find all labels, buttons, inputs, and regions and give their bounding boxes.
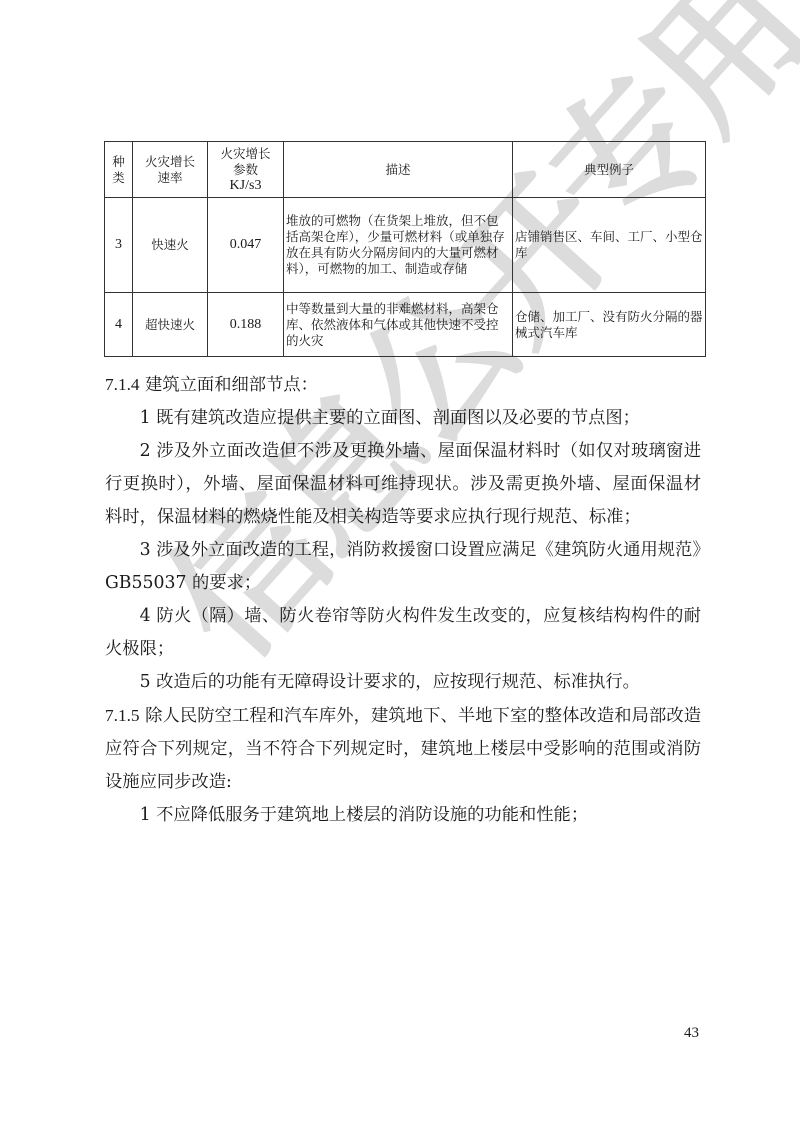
table-header-row: 种 类 火灾增长 速率 火灾增长 参数 KJ/s3 描述 典型例子 <box>105 142 706 198</box>
header-param-line: 火灾增长 <box>210 146 281 162</box>
section-heading: 7.1.4 建筑立面和细部节点： <box>105 368 701 402</box>
cell-description: 堆放的可燃物（在货架上堆放，但不包括高架仓库），少量可燃材料（或单独存放在具有防… <box>284 198 513 293</box>
header-rate-line: 火灾增长 <box>135 154 205 170</box>
page-number: 43 <box>684 1025 699 1042</box>
clause-item: 2 涉及外立面改造但不涉及更换外墙、屋面保温材料时（如仅对玻璃窗进行更换时），外… <box>105 435 701 534</box>
clause-item: 1 既有建筑改造应提供主要的立面图、剖面图以及必要的节点图； <box>105 402 701 435</box>
header-param-unit: KJ/s3 <box>210 178 281 194</box>
cell-example: 店铺销售区、车间、工厂、小型仓库 <box>513 198 706 293</box>
section-title: 建筑立面和细部节点： <box>145 375 318 395</box>
cell-kind: 3 <box>105 198 133 293</box>
cell-rate: 超快速火 <box>133 293 208 357</box>
header-kind-line: 种 <box>107 154 130 170</box>
document-body: 7.1.4 建筑立面和细部节点： 1 既有建筑改造应提供主要的立面图、剖面图以及… <box>105 368 701 832</box>
section-number: 7.1.5 <box>105 706 140 725</box>
header-param-line: 参数 <box>210 162 281 178</box>
cell-param: 0.047 <box>208 198 284 293</box>
header-rate: 火灾增长 速率 <box>133 142 208 198</box>
cell-example: 仓储、加工厂、没有防火分隔的器械式汽车库 <box>513 293 706 357</box>
clause-item: 3 涉及外立面改造的工程，消防救援窗口设置应满足《建筑防火通用规范》GB5503… <box>105 534 701 600</box>
header-rate-line: 速率 <box>135 170 205 186</box>
table-row: 3 快速火 0.047 堆放的可燃物（在货架上堆放，但不包括高架仓库），少量可燃… <box>105 198 706 293</box>
section-number: 7.1.4 <box>105 375 140 394</box>
section-title: 除人民防空工程和汽车库外，建筑地下、半地下室的整体改造和局部改造应符合下列规定，… <box>105 706 701 792</box>
fire-growth-table: 种 类 火灾增长 速率 火灾增长 参数 KJ/s3 描述 典型例子 3 快速火 … <box>104 141 706 357</box>
table-row: 4 超快速火 0.188 中等数量到大量的非难燃材料，高架仓库、依然液体和气体或… <box>105 293 706 357</box>
clause-item: 5 改造后的功能有无障碍设计要求的，应按现行规范、标准执行。 <box>105 666 701 699</box>
cell-kind: 4 <box>105 293 133 357</box>
clause-item: 1 不应降低服务于建筑地上楼层的消防设施的功能和性能； <box>105 799 701 832</box>
cell-param: 0.188 <box>208 293 284 357</box>
header-kind-line: 类 <box>107 170 130 186</box>
section-heading: 7.1.5 除人民防空工程和汽车库外，建筑地下、半地下室的整体改造和局部改造应符… <box>105 699 701 799</box>
cell-rate: 快速火 <box>133 198 208 293</box>
clause-item: 4 防火（隔）墙、防火卷帘等防火构件发生改变的，应复核结构构件的耐火极限； <box>105 600 701 666</box>
cell-description: 中等数量到大量的非难燃材料，高架仓库、依然液体和气体或其他快速不受控的火灾 <box>284 293 513 357</box>
header-param: 火灾增长 参数 KJ/s3 <box>208 142 284 198</box>
header-example: 典型例子 <box>513 142 706 198</box>
header-kind: 种 类 <box>105 142 133 198</box>
header-description: 描述 <box>284 142 513 198</box>
